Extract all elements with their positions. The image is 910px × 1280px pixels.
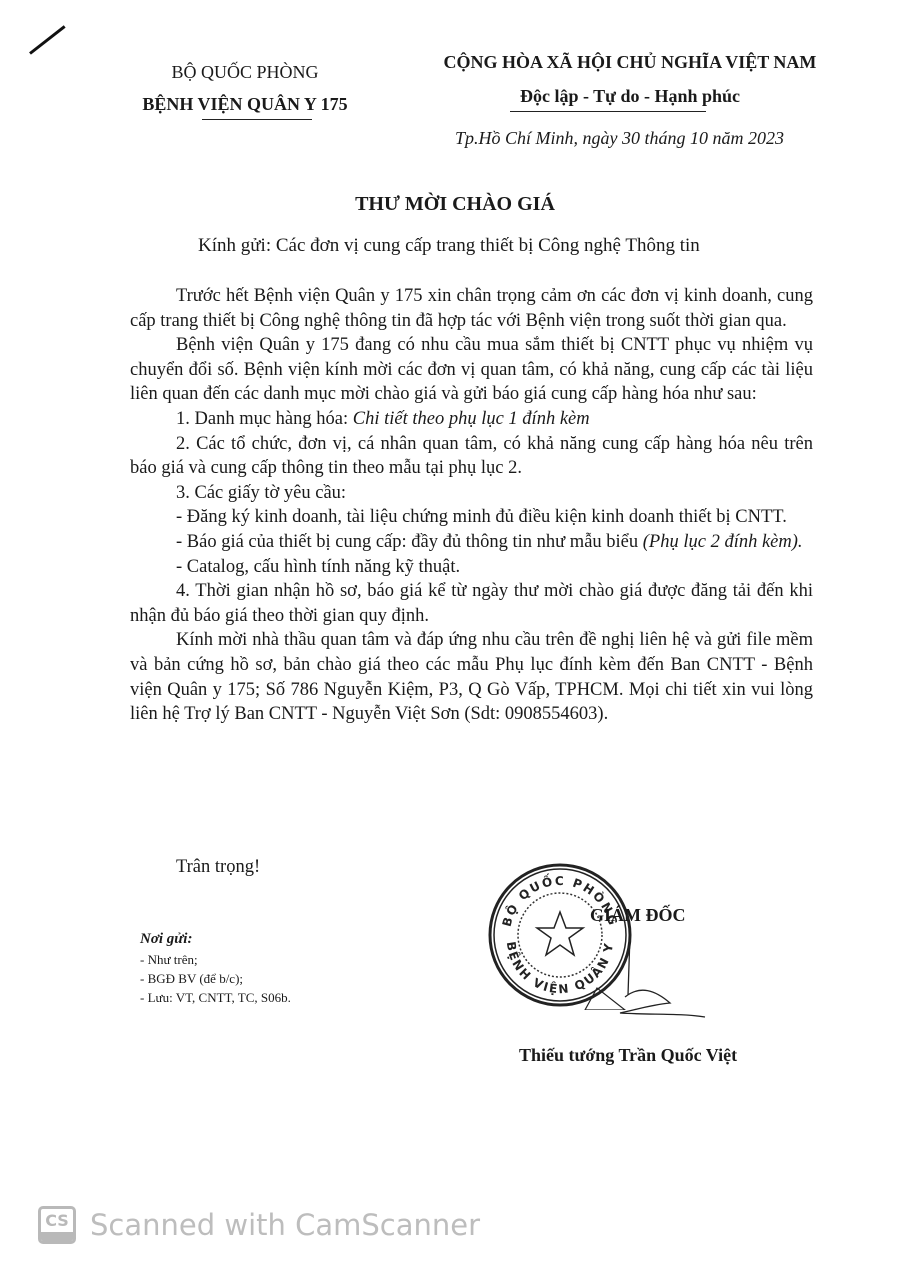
hospital-name: BỆNH VIỆN QUÂN Y 175 bbox=[120, 94, 370, 115]
item-3b: - Báo giá của thiết bị cung cấp: đầy đủ … bbox=[130, 530, 813, 555]
pen-mark bbox=[29, 25, 66, 54]
paragraph-intro: Trước hết Bệnh viện Quân y 175 xin chân … bbox=[130, 284, 813, 333]
item-3: 3. Các giấy tờ yêu cầu: bbox=[130, 481, 813, 506]
signer-name: Thiếu tướng Trần Quốc Việt bbox=[519, 1045, 737, 1066]
item-3c: - Catalog, cấu hình tính năng kỹ thuật. bbox=[130, 555, 813, 580]
recipient-item: - Lưu: VT, CNTT, TC, S06b. bbox=[140, 990, 291, 1006]
closing: Trân trọng! bbox=[176, 857, 260, 878]
paragraph-contact: Kính mời nhà thầu quan tâm và đáp ứng nh… bbox=[130, 628, 813, 726]
signer-title: GIÁM ĐỐC bbox=[590, 905, 686, 926]
country-name: CỘNG HÒA XÃ HỘI CHỦ NGHĨA VIỆT NAM bbox=[380, 52, 880, 73]
document-title: THƯ MỜI CHÀO GIÁ bbox=[0, 193, 910, 216]
watermark-text: Scanned with CamScanner bbox=[90, 1208, 480, 1242]
recipients-title: Nơi gửi: bbox=[140, 931, 192, 948]
national-motto: Độc lập - Tự do - Hạnh phúc bbox=[380, 86, 880, 107]
recipient-item: - BGĐ BV (để b/c); bbox=[140, 971, 243, 987]
item-1: 1. Danh mục hàng hóa: Chi tiết theo phụ … bbox=[130, 407, 813, 432]
camscanner-logo-icon: CS bbox=[38, 1206, 76, 1244]
camscanner-watermark: CS Scanned with CamScanner bbox=[38, 1206, 480, 1244]
item-3a: - Đăng ký kinh doanh, tài liệu chứng min… bbox=[130, 505, 813, 530]
letter-body: Trước hết Bệnh viện Quân y 175 xin chân … bbox=[130, 284, 813, 727]
dateline: Tp.Hồ Chí Minh, ngày 30 tháng 10 năm 202… bbox=[455, 128, 784, 149]
signature-scribble-icon bbox=[600, 925, 710, 1020]
item-2: 2. Các tổ chức, đơn vị, cá nhân quan tâm… bbox=[130, 432, 813, 481]
divider bbox=[202, 119, 312, 120]
salutation: Kính gửi: Các đơn vị cung cấp trang thiế… bbox=[198, 235, 700, 257]
paragraph-need: Bệnh viện Quân y 175 đang có nhu cầu mua… bbox=[130, 333, 813, 407]
item-4: 4. Thời gian nhận hồ sơ, báo giá kể từ n… bbox=[130, 579, 813, 628]
ministry-name: BỘ QUỐC PHÒNG bbox=[120, 62, 370, 83]
recipient-item: - Như trên; bbox=[140, 952, 198, 968]
divider bbox=[510, 111, 706, 112]
